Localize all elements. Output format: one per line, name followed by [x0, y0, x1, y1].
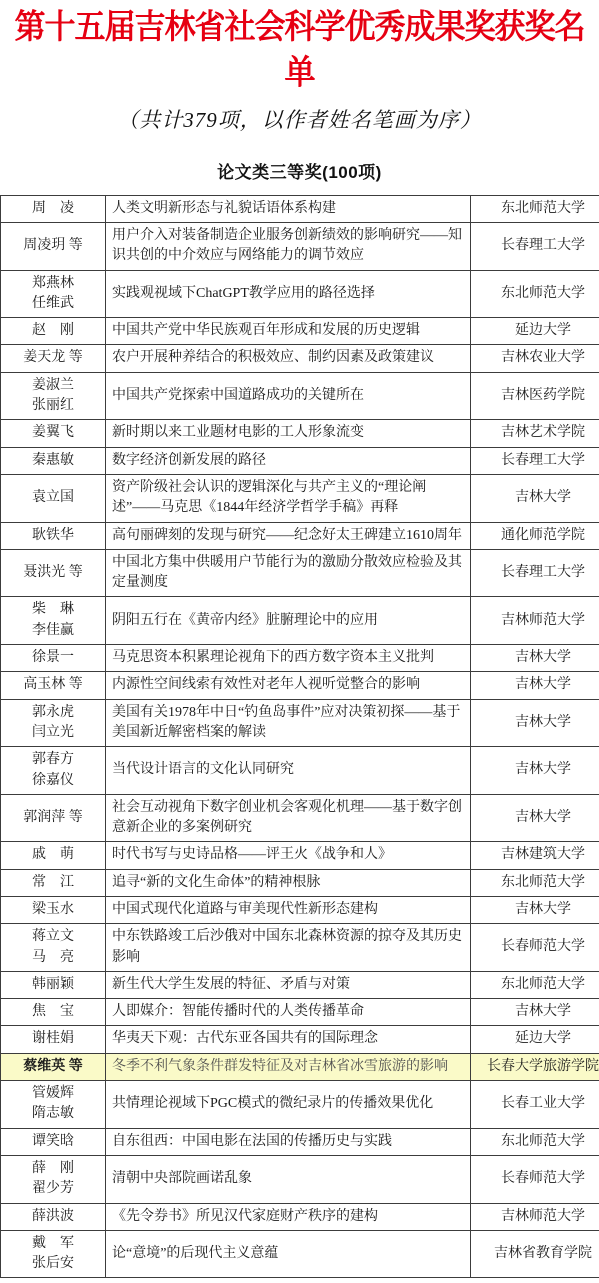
cell-institution: 长春理工大学 — [471, 447, 599, 474]
cell-authors: 郭春方 徐嘉仪 — [1, 747, 106, 795]
awards-table-body: 周 凌人类文明新形态与礼貌话语体系构建东北师范大学周凌玥 等用户介入对装备制造企… — [1, 195, 599, 1278]
cell-institution: 长春师范大学 — [471, 1155, 599, 1203]
cell-authors: 柴 琳 李佳赢 — [1, 597, 106, 645]
table-row: 戚 萌时代书写与史诗品格——评王火《战争和人》吉林建筑大学 — [1, 842, 599, 869]
cell-authors: 常 江 — [1, 869, 106, 896]
cell-work: 中国北方集中供暖用户节能行为的激励分散效应检验及其定量测度 — [106, 549, 471, 597]
table-row: 谢桂娟华夷天下观：古代东亚各国共有的国际理念延边大学 — [1, 1026, 599, 1053]
cell-work: 清朝中央部院画诺乱象 — [106, 1155, 471, 1203]
cell-institution: 东北师范大学 — [471, 1128, 599, 1155]
table-row: 耿铁华高句丽碑刻的发现与研究——纪念好太王碑建立1610周年通化师范学院 — [1, 522, 599, 549]
cell-authors: 谭笑晗 — [1, 1128, 106, 1155]
cell-work: 冬季不利气象条件群发特征及对吉林省冰雪旅游的影响 — [106, 1053, 471, 1080]
cell-authors: 袁立国 — [1, 474, 106, 522]
award-document: 第十五届吉林省社会科学优秀成果奖获奖名单 （共计379项，以作者姓名笔画为序） … — [0, 0, 599, 1278]
table-row: 郭润萍 等社会互动视角下数字创业机会客观化机理——基于数字创意新企业的多案例研究… — [1, 794, 599, 842]
cell-work: 自东徂西：中国电影在法国的传播历史与实践 — [106, 1128, 471, 1155]
cell-institution: 吉林大学 — [471, 794, 599, 842]
cell-work: 美国有关1978年中日“钓鱼岛事件”应对决策初探——基于美国新近解密档案的解读 — [106, 699, 471, 747]
cell-institution: 吉林大学 — [471, 645, 599, 672]
cell-work: 当代设计语言的文化认同研究 — [106, 747, 471, 795]
cell-work: 阴阳五行在《黄帝内经》脏腑理论中的应用 — [106, 597, 471, 645]
table-row: 姜翼飞新时期以来工业题材电影的工人形象流变吉林艺术学院 — [1, 420, 599, 447]
table-row: 郑燕林 任维武实践观视域下ChatGPT教学应用的路径选择东北师范大学 — [1, 270, 599, 318]
cell-authors: 徐景一 — [1, 645, 106, 672]
cell-work: 《先令券书》所见汉代家庭财产秩序的建构 — [106, 1203, 471, 1230]
cell-authors: 戚 萌 — [1, 842, 106, 869]
cell-institution: 长春大学旅游学院 — [471, 1053, 599, 1080]
table-row: 谭笑晗自东徂西：中国电影在法国的传播历史与实践东北师范大学 — [1, 1128, 599, 1155]
cell-work: 农户开展种养结合的积极效应、制约因素及政策建议 — [106, 345, 471, 372]
awards-table: 周 凌人类文明新形态与礼貌话语体系构建东北师范大学周凌玥 等用户介入对装备制造企… — [0, 195, 599, 1279]
cell-work: 实践观视域下ChatGPT教学应用的路径选择 — [106, 270, 471, 318]
cell-institution: 东北师范大学 — [471, 270, 599, 318]
cell-institution: 吉林大学 — [471, 999, 599, 1026]
table-row: 薛 刚 翟少芳清朝中央部院画诺乱象长春师范大学 — [1, 1155, 599, 1203]
table-row: 梁玉水中国式现代化道路与审美现代性新形态建构吉林大学 — [1, 897, 599, 924]
cell-work: 内源性空间线索有效性对老年人视听觉整合的影响 — [106, 672, 471, 699]
cell-work: 中国共产党探索中国道路成功的关键所在 — [106, 372, 471, 420]
table-row: 郭永虎 闫立光美国有关1978年中日“钓鱼岛事件”应对决策初探——基于美国新近解… — [1, 699, 599, 747]
cell-institution: 吉林医药学院 — [471, 372, 599, 420]
cell-authors: 姜天龙 等 — [1, 345, 106, 372]
cell-authors: 郭永虎 闫立光 — [1, 699, 106, 747]
cell-work: 追寻“新的文化生命体”的精神根脉 — [106, 869, 471, 896]
cell-authors: 高玉林 等 — [1, 672, 106, 699]
cell-institution: 吉林大学 — [471, 474, 599, 522]
table-row: 戴 军 张后安论“意境”的后现代主义意蕴吉林省教育学院 — [1, 1230, 599, 1278]
cell-authors: 蔡维英 等 — [1, 1053, 106, 1080]
cell-authors: 薛 刚 翟少芳 — [1, 1155, 106, 1203]
cell-work: 马克思资本积累理论视角下的西方数字资本主义批判 — [106, 645, 471, 672]
page-subtitle: （共计379项，以作者姓名笔画为序） — [0, 104, 599, 134]
table-row: 韩丽颖新生代大学生发展的特征、矛盾与对策东北师范大学 — [1, 971, 599, 998]
cell-authors: 戴 军 张后安 — [1, 1230, 106, 1278]
table-row: 高玉林 等内源性空间线索有效性对老年人视听觉整合的影响吉林大学 — [1, 672, 599, 699]
cell-work: 中东铁路竣工后沙俄对中国东北森林资源的掠夺及其历史影响 — [106, 924, 471, 972]
cell-institution: 长春理工大学 — [471, 549, 599, 597]
cell-institution: 东北师范大学 — [471, 971, 599, 998]
cell-authors: 郑燕林 任维武 — [1, 270, 106, 318]
cell-institution: 东北师范大学 — [471, 869, 599, 896]
table-row: 姜天龙 等农户开展种养结合的积极效应、制约因素及政策建议吉林农业大学 — [1, 345, 599, 372]
cell-work: 时代书写与史诗品格——评王火《战争和人》 — [106, 842, 471, 869]
cell-work: 人即媒介：智能传播时代的人类传播革命 — [106, 999, 471, 1026]
cell-institution: 吉林省教育学院 — [471, 1230, 599, 1278]
table-row: 周凌玥 等用户介入对装备制造企业服务创新绩效的影响研究——知识共创的中介效应与网… — [1, 222, 599, 270]
cell-authors: 梁玉水 — [1, 897, 106, 924]
cell-work: 共情理论视域下PGC模式的微纪录片的传播效果优化 — [106, 1081, 471, 1129]
cell-institution: 长春理工大学 — [471, 222, 599, 270]
cell-institution: 吉林农业大学 — [471, 345, 599, 372]
table-row: 袁立国资产阶级社会认识的逻辑深化与共产主义的“理论阐述”——马克思《1844年经… — [1, 474, 599, 522]
page-title: 第十五届吉林省社会科学优秀成果奖获奖名单 — [4, 5, 595, 95]
cell-institution: 东北师范大学 — [471, 195, 599, 222]
table-row: 蔡维英 等冬季不利气象条件群发特征及对吉林省冰雪旅游的影响长春大学旅游学院 — [1, 1053, 599, 1080]
cell-authors: 秦惠敏 — [1, 447, 106, 474]
cell-work: 社会互动视角下数字创业机会客观化机理——基于数字创意新企业的多案例研究 — [106, 794, 471, 842]
cell-authors: 赵 刚 — [1, 318, 106, 345]
table-row: 周 凌人类文明新形态与礼貌话语体系构建东北师范大学 — [1, 195, 599, 222]
cell-authors: 焦 宝 — [1, 999, 106, 1026]
cell-institution: 吉林大学 — [471, 897, 599, 924]
cell-work: 人类文明新形态与礼貌话语体系构建 — [106, 195, 471, 222]
cell-authors: 韩丽颖 — [1, 971, 106, 998]
table-row: 蒋立文 马 亮中东铁路竣工后沙俄对中国东北森林资源的掠夺及其历史影响长春师范大学 — [1, 924, 599, 972]
cell-institution: 吉林师范大学 — [471, 1203, 599, 1230]
cell-authors: 郭润萍 等 — [1, 794, 106, 842]
cell-work: 数字经济创新发展的路径 — [106, 447, 471, 474]
table-row: 郭春方 徐嘉仪当代设计语言的文化认同研究吉林大学 — [1, 747, 599, 795]
cell-institution: 长春工业大学 — [471, 1081, 599, 1129]
table-row: 赵 刚中国共产党中华民族观百年形成和发展的历史逻辑延边大学 — [1, 318, 599, 345]
cell-authors: 管媛辉 隋志敏 — [1, 1081, 106, 1129]
cell-authors: 聂洪光 等 — [1, 549, 106, 597]
cell-authors: 姜翼飞 — [1, 420, 106, 447]
cell-institution: 吉林师范大学 — [471, 597, 599, 645]
cell-work: 新时期以来工业题材电影的工人形象流变 — [106, 420, 471, 447]
cell-institution: 吉林大学 — [471, 747, 599, 795]
cell-institution: 延边大学 — [471, 1026, 599, 1053]
table-row: 姜淑兰 张丽红中国共产党探索中国道路成功的关键所在吉林医药学院 — [1, 372, 599, 420]
cell-institution: 吉林艺术学院 — [471, 420, 599, 447]
cell-authors: 谢桂娟 — [1, 1026, 106, 1053]
cell-work: 中国共产党中华民族观百年形成和发展的历史逻辑 — [106, 318, 471, 345]
table-row: 秦惠敏数字经济创新发展的路径长春理工大学 — [1, 447, 599, 474]
cell-work: 中国式现代化道路与审美现代性新形态建构 — [106, 897, 471, 924]
cell-work: 论“意境”的后现代主义意蕴 — [106, 1230, 471, 1278]
cell-institution: 长春师范大学 — [471, 924, 599, 972]
cell-authors: 薛洪波 — [1, 1203, 106, 1230]
cell-institution: 吉林建筑大学 — [471, 842, 599, 869]
cell-institution: 吉林大学 — [471, 672, 599, 699]
cell-work: 用户介入对装备制造企业服务创新绩效的影响研究——知识共创的中介效应与网络能力的调… — [106, 222, 471, 270]
cell-institution: 通化师范学院 — [471, 522, 599, 549]
cell-authors: 蒋立文 马 亮 — [1, 924, 106, 972]
table-row: 聂洪光 等中国北方集中供暖用户节能行为的激励分散效应检验及其定量测度长春理工大学 — [1, 549, 599, 597]
cell-work: 高句丽碑刻的发现与研究——纪念好太王碑建立1610周年 — [106, 522, 471, 549]
table-row: 常 江追寻“新的文化生命体”的精神根脉东北师范大学 — [1, 869, 599, 896]
cell-authors: 周 凌 — [1, 195, 106, 222]
table-row: 焦 宝人即媒介：智能传播时代的人类传播革命吉林大学 — [1, 999, 599, 1026]
cell-work: 资产阶级社会认识的逻辑深化与共产主义的“理论阐述”——马克思《1844年经济学哲… — [106, 474, 471, 522]
cell-work: 华夷天下观：古代东亚各国共有的国际理念 — [106, 1026, 471, 1053]
table-row: 柴 琳 李佳赢阴阳五行在《黄帝内经》脏腑理论中的应用吉林师范大学 — [1, 597, 599, 645]
cell-institution: 延边大学 — [471, 318, 599, 345]
cell-authors: 姜淑兰 张丽红 — [1, 372, 106, 420]
table-row: 徐景一马克思资本积累理论视角下的西方数字资本主义批判吉林大学 — [1, 645, 599, 672]
cell-authors: 耿铁华 — [1, 522, 106, 549]
cell-work: 新生代大学生发展的特征、矛盾与对策 — [106, 971, 471, 998]
section-heading: 论文类三等奖(100项) — [0, 158, 599, 183]
table-row: 薛洪波《先令券书》所见汉代家庭财产秩序的建构吉林师范大学 — [1, 1203, 599, 1230]
table-row: 管媛辉 隋志敏共情理论视域下PGC模式的微纪录片的传播效果优化长春工业大学 — [1, 1081, 599, 1129]
cell-authors: 周凌玥 等 — [1, 222, 106, 270]
cell-institution: 吉林大学 — [471, 699, 599, 747]
